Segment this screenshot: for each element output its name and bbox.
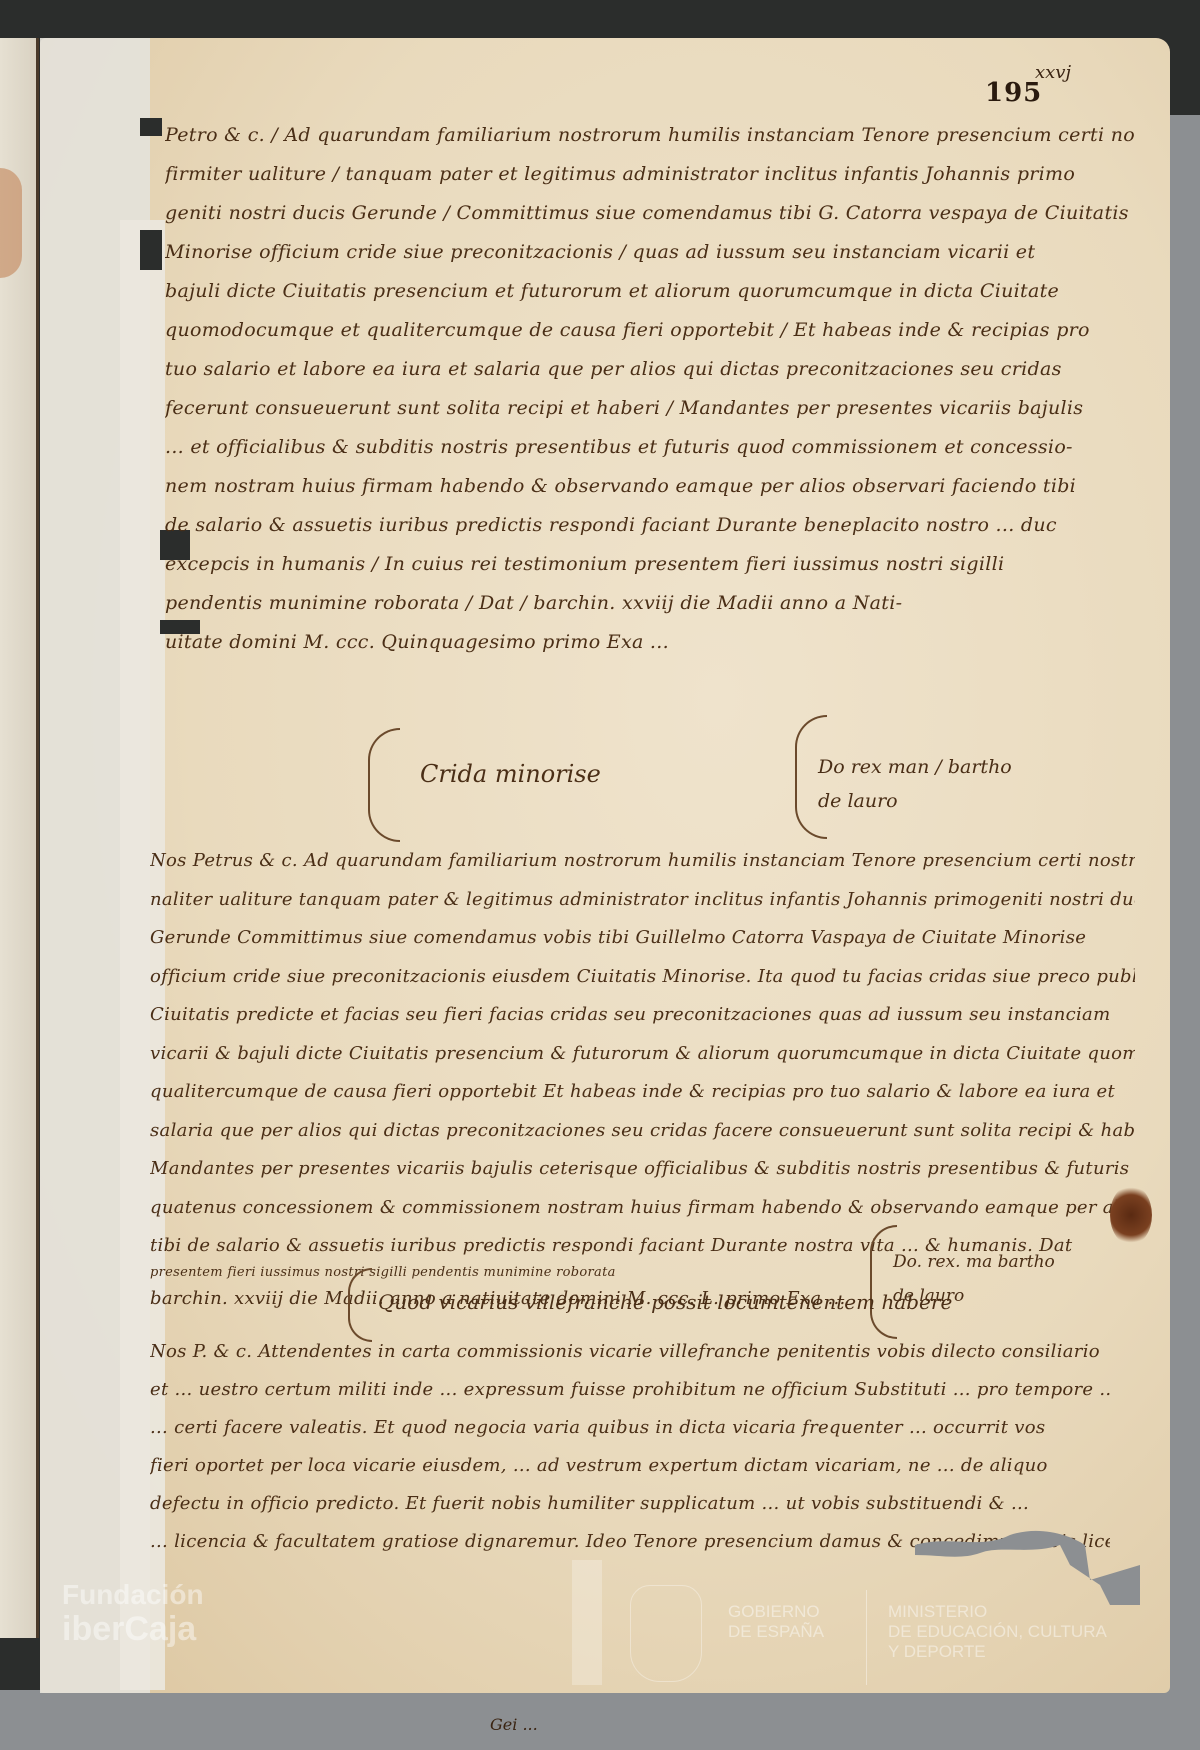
text-line: Minorise officium cride siue preconitzac…: [165, 233, 1135, 272]
text-line: firmiter ualiture / tanquam pater et leg…: [165, 155, 1135, 194]
text-line: fecerunt consueuerunt sunt solita recipi…: [165, 389, 1135, 428]
text-line: tuo salario et labore ea iura et salaria…: [165, 350, 1135, 389]
note-line: Do. rex. ma bartho: [893, 1245, 1055, 1279]
text-line: Ciuitatis predicte et facias seu fieri f…: [150, 996, 1135, 1035]
watermark-ministerio: MINISTERIO DE EDUCACIÓN, CULTURA Y DEPOR…: [888, 1602, 1107, 1662]
text-line: vicarii & bajuli dicte Ciuitatis presenc…: [150, 1035, 1135, 1074]
note-line: de lauro: [818, 784, 1012, 818]
watermark-line: DE ESPAÑA: [728, 1622, 824, 1642]
watermark-divider: [866, 1590, 867, 1685]
left-page-edge: [0, 38, 39, 1638]
section-heading: Quod vicarius villefranche possit locumt…: [378, 1290, 952, 1314]
page-damage-edge: [910, 1525, 1150, 1605]
bottom-mark: Gei ...: [490, 1715, 538, 1734]
text-line: qualitercumque de causa fieri opportebit…: [150, 1073, 1135, 1112]
heading-bracket: [368, 728, 400, 842]
left-page-stain: [0, 168, 22, 278]
flag-stripe-icon: [572, 1560, 602, 1685]
text-line: Nos P. & c. Attendentes in carta commiss…: [150, 1333, 1110, 1371]
watermark-gobierno: GOBIERNO DE ESPAÑA: [728, 1602, 824, 1642]
watermark-line: MINISTERIO: [888, 1602, 1107, 1622]
text-line: Petro & c. / Ad quarundam familiarium no…: [165, 116, 1135, 155]
text-line: ... et officialibus & subditis nostris p…: [165, 428, 1135, 467]
note-line: Do rex man / bartho: [818, 750, 1012, 784]
watermark-fundacion-ibercaja: Fundación iberCaja: [62, 1578, 204, 1646]
text-line: Gerunde Committimus siue comendamus vobi…: [150, 919, 1135, 958]
text-line: Mandantes per presentes vicariis bajulis…: [150, 1150, 1135, 1189]
text-line: Nos Petrus & c. Ad quarundam familiarium…: [150, 842, 1135, 881]
text-line: excepcis in humanis / In cuius rei testi…: [165, 545, 1135, 584]
watermark-line: iberCaja: [62, 1612, 204, 1646]
watermark-line: Y DEPORTE: [888, 1642, 1107, 1662]
text-line: et ... uestro certum militi inde ... exp…: [150, 1371, 1110, 1409]
text-line: officium cride siue preconitzacionis eiu…: [150, 958, 1135, 997]
text-line: de salario & assuetis iuribus predictis …: [165, 506, 1135, 545]
text-line: bajuli dicte Ciuitatis presencium et fut…: [165, 272, 1135, 311]
entry-block-1: Petro & c. / Ad quarundam familiarium no…: [165, 116, 1135, 662]
section-heading: Crida minorise: [420, 760, 601, 788]
ink-stain: [1110, 1185, 1152, 1245]
page-tear: [140, 230, 162, 270]
gray-mount-bottom: [0, 1690, 1200, 1750]
watermark-line: GOBIERNO: [728, 1602, 824, 1622]
text-line: ... certi facere valeatis. Et quod negoc…: [150, 1409, 1110, 1447]
watermark-line: DE EDUCACIÓN, CULTURA: [888, 1622, 1107, 1642]
text-line: salaria que per alios qui dictas preconi…: [150, 1112, 1135, 1151]
page-tear: [140, 118, 162, 136]
text-line: uitate domini M. ccc. Quinquagesimo prim…: [165, 623, 1135, 662]
text-line: naliter ualiture tanquam pater & legitim…: [150, 881, 1135, 920]
text-line: geniti nostri ducis Gerunde / Committimu…: [165, 194, 1135, 233]
margin-note: Do rex man / bartho de lauro: [818, 750, 1012, 818]
heading-bracket: [348, 1268, 372, 1342]
watermark-line: Fundación: [62, 1578, 204, 1612]
folio-number: 195: [985, 78, 1042, 108]
text-line: pendentis munimine roborata / Dat / barc…: [165, 584, 1135, 623]
text-line: quatenus concessionem & commissionem nos…: [150, 1189, 1135, 1228]
text-line: quomodocumque et qualitercumque de causa…: [165, 311, 1135, 350]
text-line: fieri oportet per loca vicarie eiusdem, …: [150, 1447, 1110, 1485]
old-folio-number: xxvj: [1035, 62, 1071, 83]
text-line: nem nostram huius firmam habendo & obser…: [165, 467, 1135, 506]
coat-of-arms-icon: [630, 1585, 702, 1682]
text-line: defectu in officio predicto. Et fuerit n…: [150, 1485, 1110, 1523]
